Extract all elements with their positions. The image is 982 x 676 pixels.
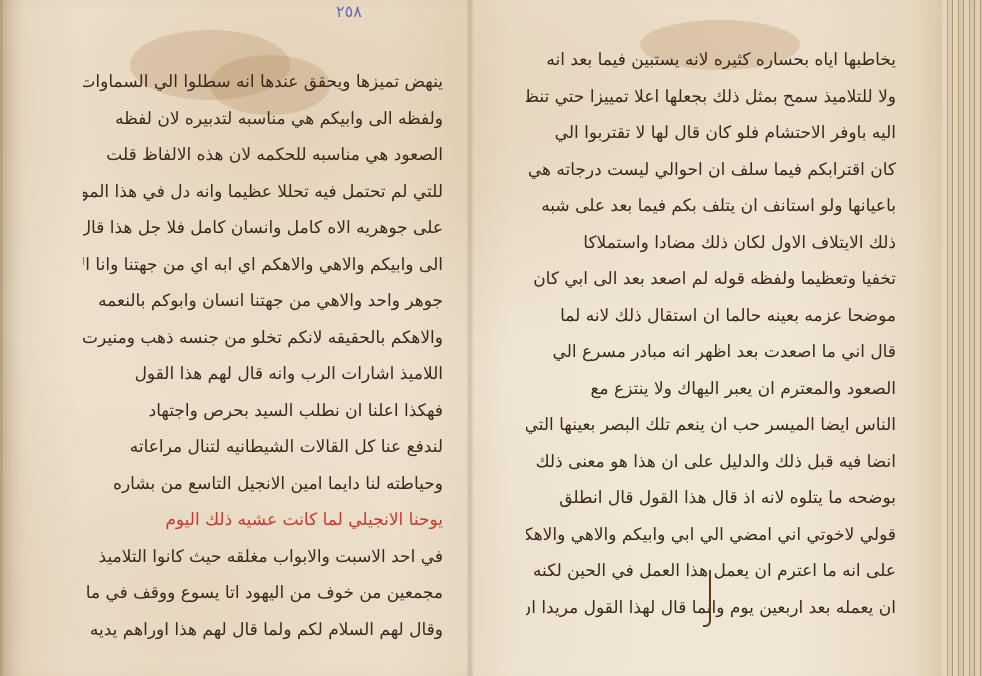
left-page-text: ينهض تميزها ويحقق عندها انه سطلوا الي ال… [83,64,443,648]
text-line: يخاطبها اياه بحساره كثيره لانه يستبين في… [526,42,896,79]
text-line: ان يعمله بعد اربعين يوم وانما قال لهذا ا… [526,590,896,627]
text-line: والاهكم بالحقيقه لانكم تخلو من جنسه ذهب … [83,320,443,357]
text-line: الى وابيكم والاهي والاهكم اي ابه اي من ج… [83,247,443,284]
text-line: في احد الاسبت والابواب مغلقه حيث كانوا ا… [83,539,443,576]
text-line: لندفع عنا كل القالات الشيطانيه لتنال مرا… [83,429,443,466]
text-line: ولا للتلاميذ سمح بمثل ذلك بجعلها اعلا تم… [526,79,896,116]
text-line: ينهض تميزها ويحقق عندها انه سطلوا الي ال… [83,64,443,101]
catchword-tail-stroke [703,570,711,627]
text-line: وقال لهم السلام لكم ولما قال لهم هذا اور… [83,612,443,649]
text-line: كان اقترابكم فيما سلف ان احوالي ليست درج… [526,152,896,189]
text-line: باعيانها ولو استانف ان يتلف بكم فيما بعد… [526,188,896,225]
text-line: للتي لم تحتمل فيه تحللا عظيما وانه دل في… [83,174,443,211]
text-line: موضحا عزمه بعينه حالما ان استقال ذلك لان… [526,298,896,335]
right-page-text: يخاطبها اياه بحساره كثيره لانه يستبين في… [526,42,896,626]
manuscript-spread: ينهض تميزها ويحقق عندها انه سطلوا الي ال… [0,0,982,676]
text-line: تخفيا وتعظيما ولفظه قوله لم اصعد بعد الى… [526,261,896,298]
text-line: ذلك الايتلاف الاول لكان ذلك مضادا واستمل… [526,225,896,262]
text-line: قولي لاخوتي اني امضي الي ابي وابيكم والا… [526,517,896,554]
text-line: ولفظه الى وابيكم هي مناسبه لتدبيره لان ل… [83,101,443,138]
text-line: قال اني ما اصعدت بعد اظهر انه مبادر مسرع… [526,334,896,371]
text-line: الصعود والمعترم ان يعبر اليهاك ولا ينتزع… [526,371,896,408]
text-line: وحياطته لنا دايما امين الانجيل التاسع من… [83,466,443,503]
text-line: على انه ما اعترم ان يعمل هذا العمل في ال… [526,553,896,590]
text-line: الصعود هي مناسبه للحكمه لان هذه الالفاظ … [83,137,443,174]
text-line: الناس ايضا الميسر حب ان ينعم تلك البصر ب… [526,407,896,444]
text-line: اللاميذ اشارات الرب وانه قال لهم هذا الق… [83,356,443,393]
text-line: بوضحه ما يتلوه لانه اذ قال هذا القول قال… [526,480,896,517]
rubric-line: يوحنا الانجيلي لما كانت عشيه ذلك اليوم [83,502,443,539]
text-line: مجمعين من خوف من اليهود اتا يسوع ووقف في… [83,575,443,612]
folio-number: ٢٥٨ [336,2,362,21]
text-line: اليه باوفر الاحتشام فلو كان قال لها لا ت… [526,115,896,152]
text-line: جوهر واحد والاهي من جهتنا انسان وابوكم ب… [83,283,443,320]
text-line: على جوهريه الاه كامل وانسان كامل فلا جل … [83,210,443,247]
text-line: انضا فيه قبل ذلك والدليل على ان هذا هو م… [526,444,896,481]
left-page: ينهض تميزها ويحقق عندها انه سطلوا الي ال… [0,0,473,676]
text-line: فهكذا اعلنا ان نطلب السيد بحرص واجتهاد [83,393,443,430]
right-page: يخاطبها اياه بحساره كثيره لانه يستبين في… [470,0,982,676]
page-fore-edge [942,0,982,676]
